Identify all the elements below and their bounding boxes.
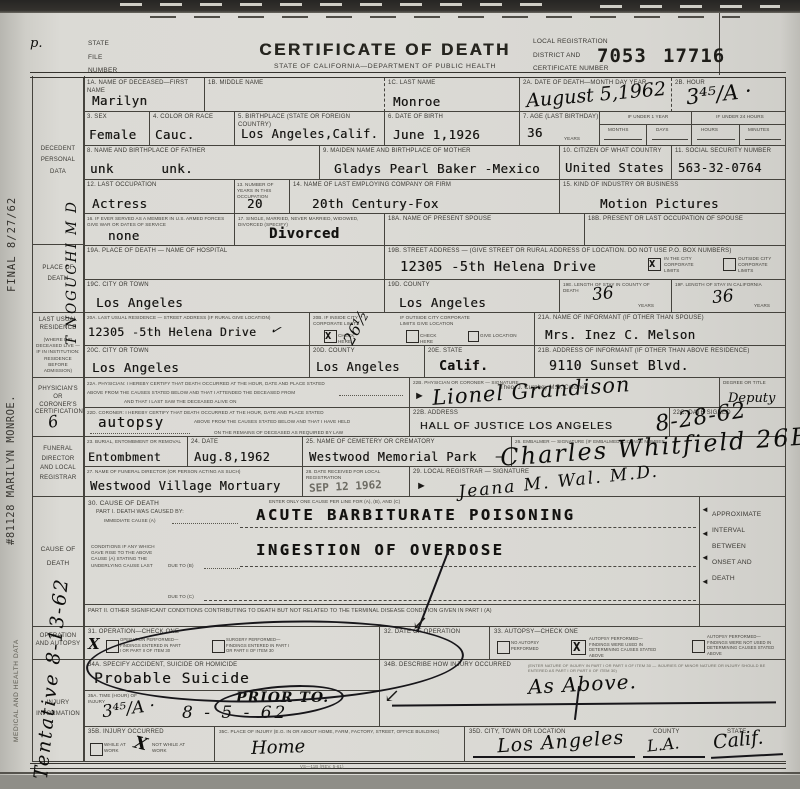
field-19f-unit: YEARS: [754, 303, 770, 309]
cause-part2-label: PART II. OTHER SIGNIFICANT CONDITIONS CO…: [88, 608, 688, 615]
interval-arrow-icon: ◄: [701, 553, 709, 562]
rule: [204, 568, 240, 569]
res-checkbox-sub: CHECK HERE: [420, 333, 450, 345]
autopsy-option-3: AUTOPSY PERFORMED— FINDINGS WERE NOT USE…: [707, 634, 781, 657]
rule: [692, 124, 786, 125]
margin-case-note: #81128 MARILYN MONROE.: [5, 300, 17, 545]
field-22d-line3: ON THE REMAINS OF DECEASED AS REQUIRED B…: [214, 430, 404, 436]
field-9-value: Gladys Pearl Baker -Mexico: [334, 161, 540, 176]
field-25-label: 25. NAME OF CEMETERY OR CREMATORY: [306, 439, 435, 447]
signature-arrow-icon: ►: [416, 480, 427, 492]
handwritten-checkmark: ✓: [268, 322, 282, 339]
degree-title-label: DEGREE OR TITLE: [723, 380, 783, 386]
field-3-label: 3. SEX: [87, 114, 107, 122]
autopsy-checkbox-3: [692, 640, 705, 653]
field-35c-label: 35C. PLACE OF INJURY (E.G. IN OR ABOUT H…: [219, 729, 459, 735]
torn-edge-dashes: [120, 3, 550, 6]
field-17-value: Divorced: [269, 226, 340, 242]
field-10-label: 10. CITIZEN OF WHAT COUNTRY: [563, 148, 662, 156]
injury-state-script: Calif.: [712, 726, 764, 753]
field-21a-value: Mrs. Inez C. Melson: [545, 327, 696, 342]
res-location-checkbox: [468, 331, 479, 342]
rule: [652, 139, 688, 140]
margin-medical-note: MEDICAL AND HEALTH DATA: [13, 557, 20, 742]
field-22d-line2: ABOVE FROM THE CAUSES STATED BELOW AND T…: [194, 419, 394, 425]
rule: [339, 395, 403, 396]
field-3-value: Female: [89, 127, 137, 142]
field-8-label: 8. NAME AND BIRTHPLACE OF FATHER: [87, 148, 206, 156]
outside-city-limits-label: OUTSIDE CITY CORPORATE LIMITS: [738, 256, 780, 275]
certificate-number: 17716: [663, 45, 725, 67]
state-file-label: FILE: [88, 54, 103, 62]
field-19e-value: 36: [591, 283, 615, 305]
field-12-label: 12. LAST OCCUPATION: [87, 182, 156, 190]
field-7-hours-label: HOURS: [701, 127, 718, 133]
field-5-value: Los Angeles,Calif.: [241, 127, 378, 141]
autopsy-option-1: NO AUTOPSY PERFORMED: [511, 640, 551, 651]
field-7-under1yr-label: IF UNDER 1 YEAR: [606, 114, 690, 120]
torn-page-edge: [0, 0, 800, 13]
field-1c-label: 1C. LAST NAME: [388, 80, 436, 88]
field-1a-value: Marilyn: [92, 93, 147, 108]
field-18a-label: 18A. NAME OF PRESENT SPOUSE: [388, 216, 491, 224]
rule: [90, 433, 190, 434]
field-27-label: 27. NAME OF FUNERAL DIRECTOR (OR PERSON …: [87, 469, 297, 475]
field-22d-value: autopsy: [98, 415, 164, 431]
field-15-value: Motion Pictures: [600, 196, 719, 211]
rule: [646, 124, 647, 146]
interval-label: APPROXIMATE INTERVAL BETWEEN ONSET AND D…: [712, 507, 784, 587]
field-6-value: June 1,1926: [393, 127, 480, 142]
field-16-value: none: [108, 228, 140, 243]
local-registration-label: DISTRICT AND: [533, 52, 580, 60]
field-8-value: unk unk.: [90, 161, 193, 176]
field-16-label: 16. IF EVER SERVED AS A MEMBER IN U.S. A…: [87, 216, 227, 228]
handwritten-underline: [473, 756, 635, 758]
not-while-at-work-label: NOT WHILE AT WORK: [152, 742, 192, 754]
field-20c-label: 20C. CITY OR TOWN: [87, 348, 149, 356]
field-20c-value: Los Angeles: [92, 360, 179, 375]
field-14-label: 14. NAME OF LAST EMPLOYING COMPANY OR FI…: [293, 182, 451, 190]
handwritten-underline: [392, 701, 776, 706]
field-7-label: 7. AGE (LAST BIRTHDAY): [523, 114, 598, 122]
field-20b-outside-label: IF OUTSIDE CITY CORPORATE LIMITS GIVE LO…: [400, 315, 485, 327]
field-19c-value: Los Angeles: [96, 295, 183, 310]
autopsy-option-2: AUTOPSY PERFORMED— FINDINGS WERE USED IN…: [589, 636, 661, 659]
field-22b-address-label: 22B. ADDRESS: [413, 410, 458, 418]
rule: [700, 604, 786, 605]
injury-county-script: L.A.: [646, 733, 680, 755]
field-6-label: 6. DATE OF BIRTH: [388, 114, 443, 122]
cause-b-value: INGESTION OF OVERDOSE: [256, 541, 504, 559]
scan-artifact-line: [150, 16, 740, 18]
cause-part1-label: PART I. DEATH WAS CAUSED BY:: [96, 509, 186, 516]
field-24-value: Aug.8,1962: [194, 450, 270, 464]
field-9-label: 9. MAIDEN NAME AND BIRTHPLACE OF MOTHER: [323, 148, 471, 156]
registration-date-stamp: SEP 12 1962: [309, 478, 382, 495]
field-21b-value: 9110 Sunset Blvd.: [549, 359, 689, 374]
field-30-label: 30. CAUSE OF DEATH: [88, 500, 159, 508]
field-19e-unit: YEARS: [638, 303, 654, 309]
field-20a-value: 12305 -5th Helena Drive: [88, 325, 256, 339]
field-1b-label: 1B. MIDDLE NAME: [208, 80, 263, 88]
field-1c-value: Monroe: [393, 94, 441, 109]
field-20a-label: 20A. LAST USUAL RESIDENCE — STREET ADDRE…: [87, 315, 302, 321]
autopsy-checkbox-1: [497, 641, 510, 654]
field-19a-label: 19A. PLACE OF DEATH — NAME OF HOSPITAL: [87, 248, 227, 256]
cause-conditions-label: CONDITIONS IF ANY WHICH GAVE RISE TO THE…: [91, 544, 157, 569]
field-22b-address-value: HALL OF JUSTICE LOS ANGELES: [420, 420, 613, 432]
handwritten-corner-mark: p.: [30, 36, 42, 51]
field-19b-value: 12305 -5th Helena Drive: [400, 259, 596, 275]
field-7-under24h-label: IF UNDER 24 HOURS: [698, 114, 782, 120]
field-4-value: Cauc.: [155, 127, 195, 142]
cause-note: ENTER ONLY ONE CAUSE PER LINE FOR (A), (…: [269, 499, 529, 505]
rule: [0, 772, 800, 774]
rule: [600, 124, 692, 125]
interval-arrow-icon: ◄: [701, 577, 709, 586]
field-22a-line2: ABOVE FROM THE CAUSES STATED BELOW AND T…: [87, 390, 337, 396]
rule: [172, 523, 238, 524]
state-file-label: STATE: [88, 40, 109, 48]
outside-city-limits-checkbox: [723, 258, 736, 271]
in-city-limits-label: IN THE CITY CORPORATE LIMITS: [664, 256, 706, 275]
interval-arrow-icon: ◄: [701, 529, 709, 538]
field-11-value: 563-32-0764: [678, 161, 762, 175]
coroner-signature-script: Lionel Grandison: [431, 372, 631, 410]
field-24-label: 24. DATE: [191, 439, 218, 447]
rule: [240, 527, 696, 528]
rule: [697, 139, 735, 140]
field-22a-line1: 22A. PHYSICIAN: I HEREBY CERTIFY THAT DE…: [87, 381, 405, 387]
field-21b-label: 21B. ADDRESS OF INFORMANT (IF OTHER THAN…: [538, 348, 750, 356]
field-19f-value: 36: [711, 286, 735, 308]
interval-arrow-icon: ◄: [701, 505, 709, 514]
rule: [204, 600, 696, 601]
injury-how-script: As Above.: [527, 669, 637, 699]
field-7-value: 36: [527, 125, 543, 140]
form-number: VS—11B (REV. 5-61): [300, 764, 420, 770]
field-10-value: United States: [565, 161, 664, 175]
page-subtitle: STATE OF CALIFORNIA—DEPARTMENT OF PUBLIC…: [240, 63, 530, 70]
field-35b-label: 35B. INJURY OCCURRED: [88, 729, 164, 737]
rule: [745, 139, 781, 140]
operation-x-mark: X: [88, 635, 100, 653]
field-20e-value: Calif.: [439, 359, 488, 374]
field-20d-label: 20D. COUNTY: [313, 348, 355, 356]
rule: [30, 72, 786, 78]
field-23-value: Entombment: [88, 450, 161, 464]
field-20e-label: 20E. STATE: [428, 348, 462, 356]
place-injury-script: Home: [251, 736, 306, 759]
in-city-limits-checkmark: X: [649, 259, 655, 270]
sidebar-section-funeral: FUNERAL DIRECTOR AND LOCAL REGISTRAR: [35, 445, 81, 483]
field-7-days-label: DAYS: [656, 127, 669, 133]
field-33-label: 33. AUTOPSY—CHECK ONE: [494, 629, 578, 637]
autopsy-x-mark: X: [573, 640, 581, 654]
field-25-value: Westwood Memorial Park: [309, 450, 477, 464]
handwritten-underline: [643, 756, 705, 758]
while-at-work-checkbox: [90, 743, 103, 756]
death-certificate-scan: STATE FILE NUMBER CERTIFICATE OF DEATH S…: [0, 0, 800, 789]
cause-a-value: ACUTE BARBITURATE POISONING: [256, 506, 575, 524]
field-23-label: 23. BURIAL, ENTOMBMENT OR REMOVAL: [87, 439, 182, 445]
rule: [604, 139, 642, 140]
res-inside-limits-checkmark: X: [325, 331, 331, 342]
district-number: 7053: [597, 45, 647, 67]
field-19d-value: Los Angeles: [399, 295, 486, 310]
field-14-value: 20th Century-Fox: [312, 196, 439, 211]
signature-arrow-icon: ►: [414, 390, 425, 402]
field-12-value: Actress: [92, 196, 147, 211]
field-19c-label: 19C. CITY OR TOWN: [87, 282, 149, 290]
handwritten-underline: [711, 753, 783, 758]
margin-final-note: FINAL 8/27/62: [6, 152, 18, 292]
rule: [739, 124, 740, 146]
field-22a-line3: AND THAT I LAST SAW THE DECEASED ALIVE O…: [124, 399, 304, 405]
field-21a-label: 21A. NAME OF INFORMANT (IF OTHER THAN SP…: [538, 315, 704, 323]
field-15-label: 15. KIND OF INDUSTRY OR BUSINESS: [563, 182, 679, 190]
rule: [240, 566, 696, 567]
field-20d-value: Los Angeles: [316, 360, 400, 374]
field-11-label: 11. SOCIAL SECURITY NUMBER: [675, 148, 771, 156]
field-7-unit: YEARS: [564, 136, 580, 142]
page-title: CERTIFICATE OF DEATH: [240, 40, 530, 60]
torn-edge-dashes: [600, 5, 780, 8]
field-18b-label: 18B. PRESENT OR LAST OCCUPATION OF SPOUS…: [588, 216, 743, 224]
margin-noguchi-script: T NOGUCHI M D: [64, 145, 80, 345]
field-27-value: Westwood Village Mortuary: [90, 479, 281, 493]
field-19d-label: 19D. COUNTY: [388, 282, 430, 290]
field-13-value: 20: [247, 196, 263, 211]
res-outside-limits-checkbox: [406, 330, 419, 343]
field-19b-label: 19B. STREET ADDRESS — (GIVE STREET OR RU…: [388, 248, 778, 256]
rule: [84, 604, 700, 605]
res-checkbox-sub: GIVE LOCATION: [480, 333, 520, 339]
sidebar-section-certification: PHYSICIAN'S OR CORONER'S CERTIFICATION: [35, 386, 81, 417]
field-7-minutes-label: MINUTES: [748, 127, 769, 133]
field-7-months-label: MONTHS: [608, 127, 629, 133]
field-4-label: 4. COLOR OR RACE: [153, 114, 213, 122]
